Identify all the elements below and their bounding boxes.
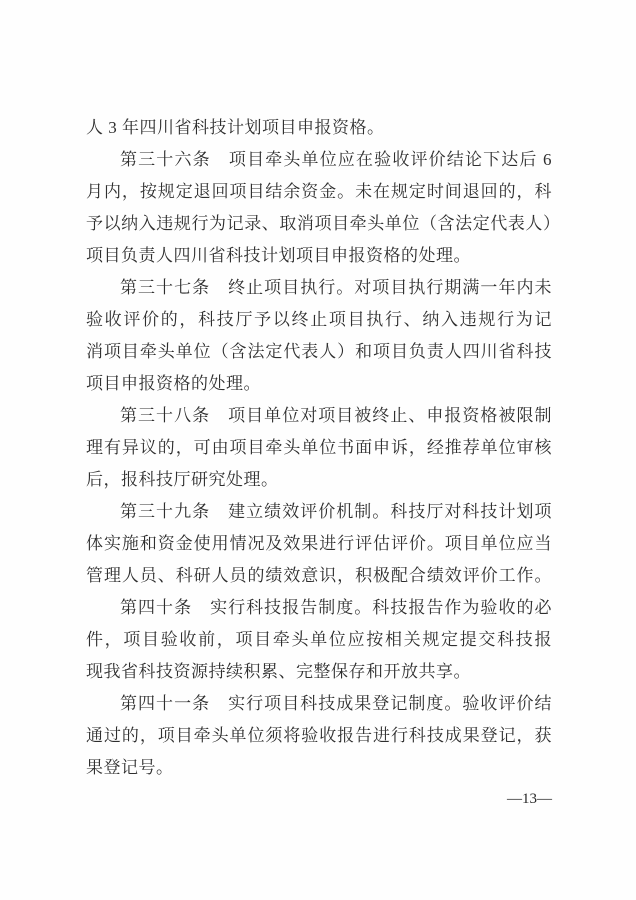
document-body: 人 3 年四川省科技计划项目申报资格。第三十六条 项目牵头单位应在验收评价结论下… (86, 112, 552, 784)
text-line: 果登记号。 (86, 752, 552, 784)
page-number: —13— (507, 789, 552, 809)
text-line: 人 3 年四川省科技计划项目申报资格。 (86, 112, 552, 144)
paragraph: 第三十八条 项目单位对项目被终止、申报资格被限制等处理有异议的，可由项目牵头单位… (86, 400, 552, 496)
text-line: 现我省科技资源持续积累、完整保存和开放共享。 (86, 656, 552, 688)
text-line: 项目申报资格的处理。 (86, 368, 552, 400)
text-line: 第四十条 实行科技报告制度。科技报告作为验收的必备条 (86, 592, 552, 624)
text-line: 理有异议的，可由项目牵头单位书面申诉，经推荐单位审核同意 (86, 432, 552, 464)
text-line: 项目负责人四川省科技计划项目申报资格的处理。 (86, 240, 552, 272)
text-line: 消项目牵头单位（含法定代表人）和项目负责人四川省科技计划 (86, 336, 552, 368)
text-line: 体实施和资金使用情况及效果进行评估评价。项目单位应当强化 (86, 528, 552, 560)
text-line: 管理人员、科研人员的绩效意识，积极配合绩效评价工作。 (86, 560, 552, 592)
paragraph: 第三十六条 项目牵头单位应在验收评价结论下达后 6 个月内，按规定退回项目结余资… (86, 144, 552, 272)
document-page: 人 3 年四川省科技计划项目申报资格。第三十六条 项目牵头单位应在验收评价结论下… (0, 0, 636, 900)
text-line: 验收评价的，科技厅予以终止项目执行、纳入违规行为记录、取 (86, 304, 552, 336)
text-line: 第三十九条 建立绩效评价机制。科技厅对科技计划项目总 (86, 496, 552, 528)
paragraph: 人 3 年四川省科技计划项目申报资格。 (86, 112, 552, 144)
paragraph: 第三十九条 建立绩效评价机制。科技厅对科技计划项目总体实施和资金使用情况及效果进… (86, 496, 552, 592)
text-line: 第四十一条 实行项目科技成果登记制度。验收评价结论为 (86, 688, 552, 720)
paragraph: 第四十一条 实行项目科技成果登记制度。验收评价结论为通过的，项目牵头单位须将验收… (86, 688, 552, 784)
text-line: 第三十七条 终止项目执行。对项目执行期满一年内未完成 (86, 272, 552, 304)
text-line: 后，报科技厅研究处理。 (86, 464, 552, 496)
text-line: 件，项目验收前，项目牵头单位应按相关规定提交科技报告，实 (86, 624, 552, 656)
text-line: 第三十八条 项目单位对项目被终止、申报资格被限制等处 (86, 400, 552, 432)
text-line: 予以纳入违规行为记录、取消项目牵头单位（含法定代表人）和 (86, 208, 552, 240)
paragraph: 第四十条 实行科技报告制度。科技报告作为验收的必备条件，项目验收前，项目牵头单位… (86, 592, 552, 688)
text-line: 第三十六条 项目牵头单位应在验收评价结论下达后 6 个 (86, 144, 552, 176)
text-line: 月内，按规定退回项目结余资金。未在规定时间退回的，科技厅 (86, 176, 552, 208)
text-line: 通过的，项目牵头单位须将验收报告进行科技成果登记，获得成 (86, 720, 552, 752)
paragraph: 第三十七条 终止项目执行。对项目执行期满一年内未完成验收评价的，科技厅予以终止项… (86, 272, 552, 400)
